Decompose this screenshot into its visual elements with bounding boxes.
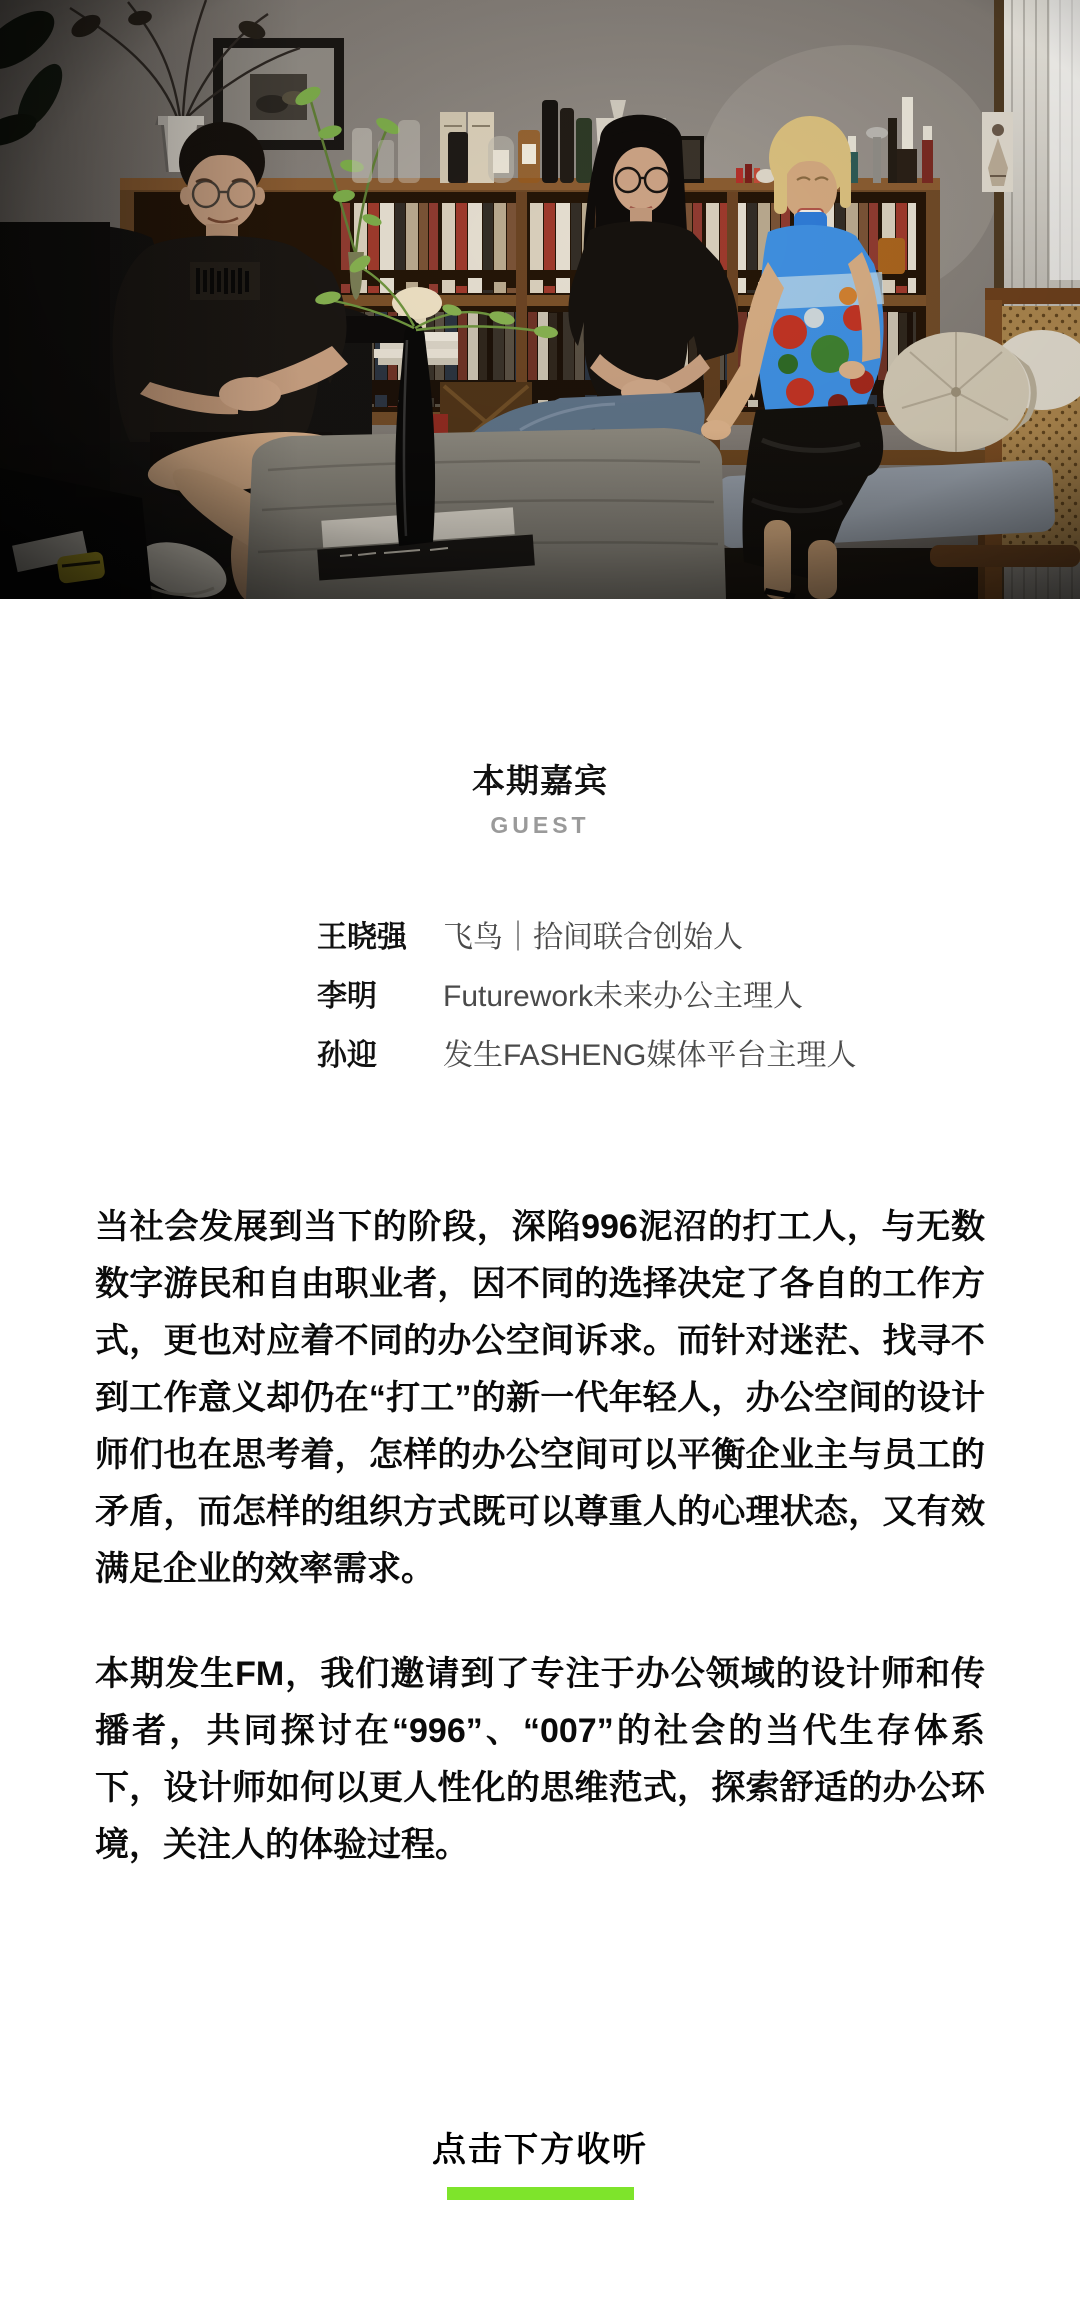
article-page: 本期嘉宾 GUEST 王晓强 飞鸟｜拾间联合创始人 李明 Futurework未… bbox=[0, 0, 1080, 2300]
paragraph-2: 本期发生FM，我们邀请到了专注于办公领域的设计师和传播者，共同探讨在“996”、… bbox=[95, 1646, 985, 1874]
cta-label: 点击下方收听 bbox=[0, 2122, 1080, 2171]
hero-photo[interactable] bbox=[0, 0, 1080, 599]
guest-role: Futurework未来办公主理人 bbox=[443, 971, 803, 1015]
section-subtitle: GUEST bbox=[0, 812, 1080, 839]
cta-section: 点击下方收听 bbox=[0, 2122, 1080, 2200]
guest-row: 孙迎 发生FASHENG媒体平台主理人 bbox=[317, 1030, 856, 1089]
guest-name: 王晓强 bbox=[317, 912, 443, 956]
guest-list: 王晓强 飞鸟｜拾间联合创始人 李明 Futurework未来办公主理人 孙迎 发… bbox=[317, 912, 856, 1089]
guest-row: 李明 Futurework未来办公主理人 bbox=[317, 971, 856, 1030]
guest-name: 李明 bbox=[317, 971, 443, 1015]
section-header: 本期嘉宾 GUEST bbox=[0, 755, 1080, 839]
guest-role: 发生FASHENG媒体平台主理人 bbox=[443, 1030, 856, 1074]
guest-row: 王晓强 飞鸟｜拾间联合创始人 bbox=[317, 912, 856, 971]
vignette bbox=[0, 0, 1080, 599]
paragraph-1: 当社会发展到当下的阶段，深陷996泥沼的打工人，与无数数字游民和自由职业者，因不… bbox=[95, 1199, 985, 1598]
article-body: 当社会发展到当下的阶段，深陷996泥沼的打工人，与无数数字游民和自由职业者，因不… bbox=[95, 1199, 985, 1874]
section-title: 本期嘉宾 bbox=[0, 755, 1080, 802]
guest-name: 孙迎 bbox=[317, 1030, 443, 1074]
guest-role: 飞鸟｜拾间联合创始人 bbox=[443, 912, 743, 956]
cta-underline bbox=[447, 2187, 634, 2200]
